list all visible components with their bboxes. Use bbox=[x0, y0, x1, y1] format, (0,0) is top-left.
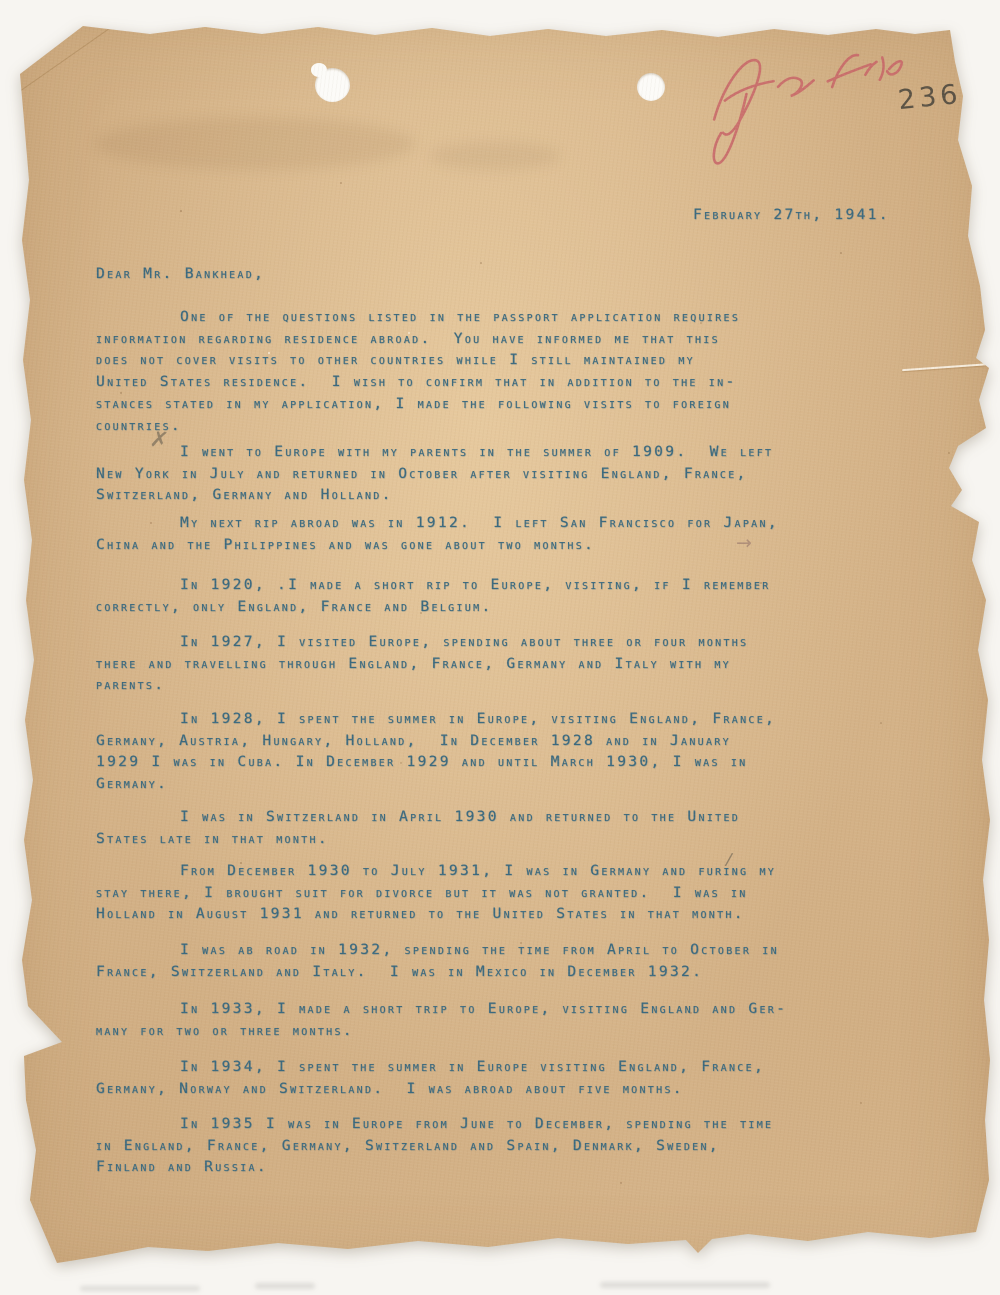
punch-hole-left bbox=[315, 68, 350, 102]
next-page-smudge bbox=[600, 1282, 770, 1288]
paragraph-9: I was ab road in 1932, spending the time… bbox=[96, 939, 958, 982]
paragraph-8: From December 1930 to July 1931, I was i… bbox=[96, 860, 958, 925]
paper-speckles bbox=[0, 0, 2, 2]
paragraph-5: In 1927, I visited Europe, spending abou… bbox=[96, 631, 958, 696]
paragraph-2: I went to Europe with my parents in the … bbox=[96, 441, 958, 506]
page-number-annotation: 236 bbox=[897, 79, 963, 116]
letter-date: February 27th, 1941. bbox=[693, 204, 890, 226]
paragraph-10: In 1933, I made a short trip to Europe, … bbox=[96, 998, 958, 1041]
red-handwritten-note bbox=[691, 27, 920, 172]
letter-scan: 236 February 27th, 1941. Dear Mr. Bankhe… bbox=[0, 0, 1000, 1295]
paper-sheet: 236 February 27th, 1941. Dear Mr. Bankhe… bbox=[0, 0, 1000, 1295]
ghost-smudge bbox=[430, 142, 560, 170]
pencil-x-mark: ✗ bbox=[148, 427, 170, 454]
paragraph-4: In 1920, .I made a short rip to Europe, … bbox=[96, 574, 958, 617]
ghost-smudge bbox=[95, 118, 415, 170]
salutation: Dear Mr. Bankhead, bbox=[96, 263, 265, 285]
paragraph-7: I was in Switzerland in April 1930 and r… bbox=[96, 806, 958, 849]
paragraph-12: In 1935 I was in Europe from June to Dec… bbox=[96, 1113, 958, 1178]
next-page-smudge bbox=[255, 1283, 315, 1289]
next-page-smudge bbox=[80, 1286, 200, 1291]
paragraph-3: My next rip abroad was in 1912. I left S… bbox=[96, 512, 958, 555]
paragraph-1: One of the questions listed in the passp… bbox=[96, 306, 958, 436]
fold-crease-line bbox=[18, 26, 113, 93]
punch-hole-right bbox=[637, 73, 665, 101]
paragraph-6: In 1928, I spent the summer in Europe, v… bbox=[96, 708, 958, 795]
pencil-arrow-mark: → bbox=[736, 532, 752, 554]
paragraph-11: In 1934, I spent the summer in Europe vi… bbox=[96, 1056, 958, 1099]
